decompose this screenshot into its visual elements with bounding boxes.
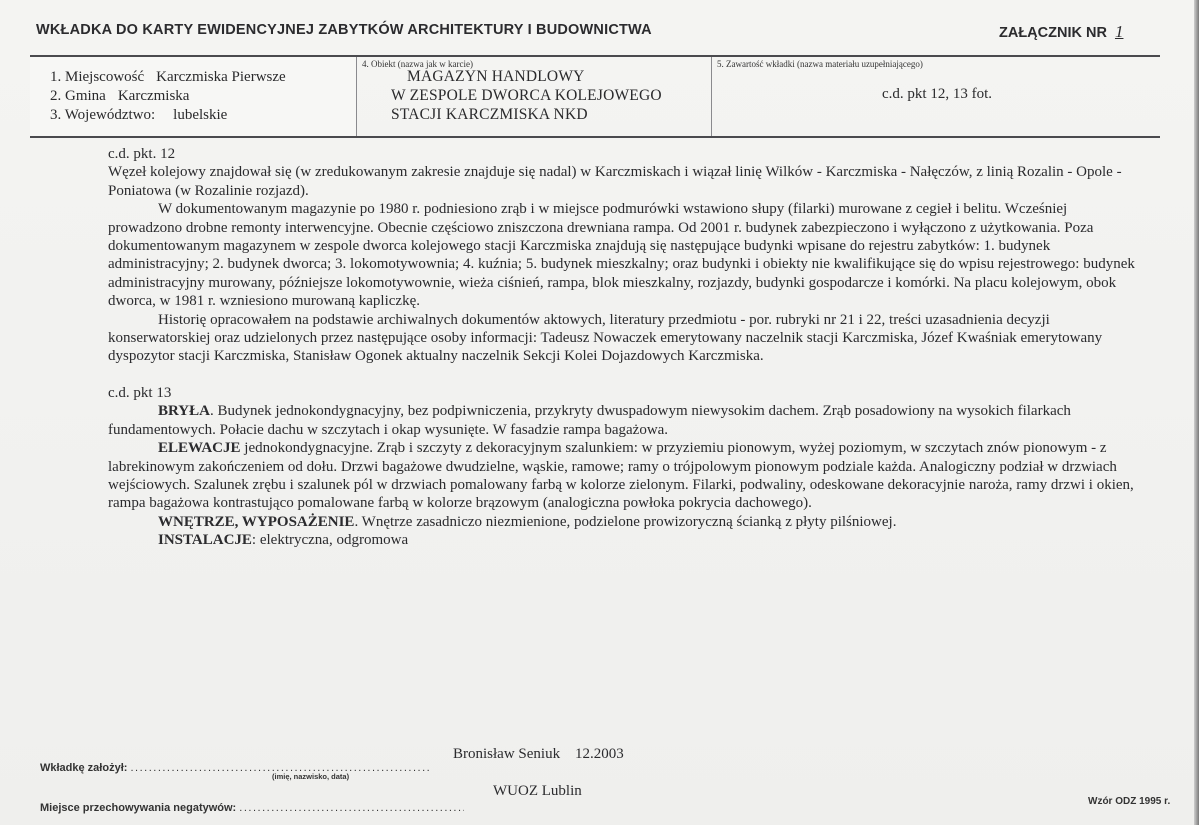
term-text: . Wnętrze zasadniczo niezmienione, podzi… [354, 514, 896, 530]
term-text: jednokondygnacyjne. Zrąb i szczyty z dek… [108, 440, 1134, 511]
header-form-table: 1. MiejscowośćKarczmiska Pierwsze 2. Gmi… [30, 55, 1160, 138]
dotted-line: ........................................… [239, 802, 464, 814]
location-cell: 1. MiejscowośćKarczmiska Pierwsze 2. Gmi… [30, 57, 356, 136]
attachment-label: ZAŁĄCZNIK NR [999, 25, 1107, 41]
field-value: Karczmiska [118, 88, 190, 104]
field-value: lubelskie [173, 107, 227, 123]
term-label: BRYŁA [158, 403, 210, 419]
author-date: 12.2003 [575, 746, 624, 763]
term-label: WNĘTRZE, WYPOSAŻENIE [158, 514, 354, 530]
body-text: c.d. pkt. 12 Węzeł kolejowy znajdował si… [108, 145, 1138, 550]
field-label: 3. Województwo: [50, 106, 155, 125]
term-label: INSTALACJE [158, 532, 252, 548]
author-row: Wkładkę założył: .......................… [40, 762, 430, 774]
section-13-heading: c.d. pkt 13 [108, 384, 1138, 402]
author-label: Wkładkę założył: [40, 762, 127, 774]
negatives-label: Miejsce przechowywania negatywów: [40, 802, 236, 814]
object-line: STACJI KARCZMISKA NKD [391, 105, 662, 124]
location-fields: 1. MiejscowośćKarczmiska Pierwsze 2. Gmi… [50, 68, 286, 125]
content-label: 5. Zawartość wkładki (nazwa materiału uz… [717, 59, 923, 69]
term-text: . Budynek jednokondygnacyjny, bez podpiw… [108, 403, 1071, 437]
paragraph-elewacje: ELEWACJE jednokondygnacyjne. Zrąb i szcz… [108, 439, 1138, 513]
term-label: ELEWACJE [158, 440, 241, 456]
field-locality: 1. MiejscowośćKarczmiska Pierwsze [50, 68, 286, 87]
paragraph: W dokumentowanym magazynie po 1980 r. po… [108, 200, 1138, 310]
author-sub-label: (imię, nazwisko, data) [272, 772, 349, 781]
author-value: Bronisław Seniuk [453, 746, 560, 763]
field-voivodeship: 3. Województwo:lubelskie [50, 106, 286, 125]
field-label: 1. Miejscowość [50, 68, 144, 87]
paragraph: Historię opracowałem na podstawie archiw… [108, 311, 1138, 366]
paragraph-wnetrze: WNĘTRZE, WYPOSAŻENIE. Wnętrze zasadniczo… [108, 513, 1138, 531]
paragraph-instalacje: INSTALACJE: elektryczna, odgromowa [108, 531, 1138, 549]
object-name: MAGAZYN HANDLOWY W ZESPOLE DWORCA KOLEJO… [391, 67, 662, 124]
paragraph-bryla: BRYŁA. Budynek jednokondygnacyjny, bez p… [108, 402, 1138, 439]
section-12-heading: c.d. pkt. 12 [108, 145, 1138, 163]
paragraph: Węzeł kolejowy znajdował się (w zredukow… [108, 163, 1138, 200]
field-label: 2. Gmina [50, 87, 106, 106]
form-title: WKŁADKA DO KARTY EWIDENCYJNEJ ZABYTKÓW A… [36, 22, 652, 38]
scan-edge [1194, 0, 1199, 825]
content-cell: 5. Zawartość wkładki (nazwa materiału uz… [712, 57, 1160, 136]
attachment-number: ZAŁĄCZNIK NR 1 [999, 22, 1123, 42]
negatives-value: WUOZ Lublin [493, 783, 582, 800]
term-text: : elektryczna, odgromowa [252, 532, 408, 548]
field-value: Karczmiska Pierwsze [156, 69, 286, 85]
object-line: MAGAZYN HANDLOWY [391, 67, 662, 86]
spacer [108, 366, 1138, 384]
content-value: c.d. pkt 12, 13 fot. [882, 86, 992, 103]
field-commune: 2. GminaKarczmiska [50, 87, 286, 106]
attachment-number-value: 1 [1115, 22, 1124, 41]
document-page: WKŁADKA DO KARTY EWIDENCYJNEJ ZABYTKÓW A… [0, 0, 1194, 825]
object-cell: 4. Obiekt (nazwa jak w karcie) MAGAZYN H… [356, 57, 712, 136]
object-line: W ZESPOLE DWORCA KOLEJOWEGO [391, 86, 662, 105]
template-note: Wzór ODZ 1995 r. [1088, 796, 1170, 807]
negatives-row: Miejsce przechowywania negatywów: ......… [40, 802, 464, 814]
